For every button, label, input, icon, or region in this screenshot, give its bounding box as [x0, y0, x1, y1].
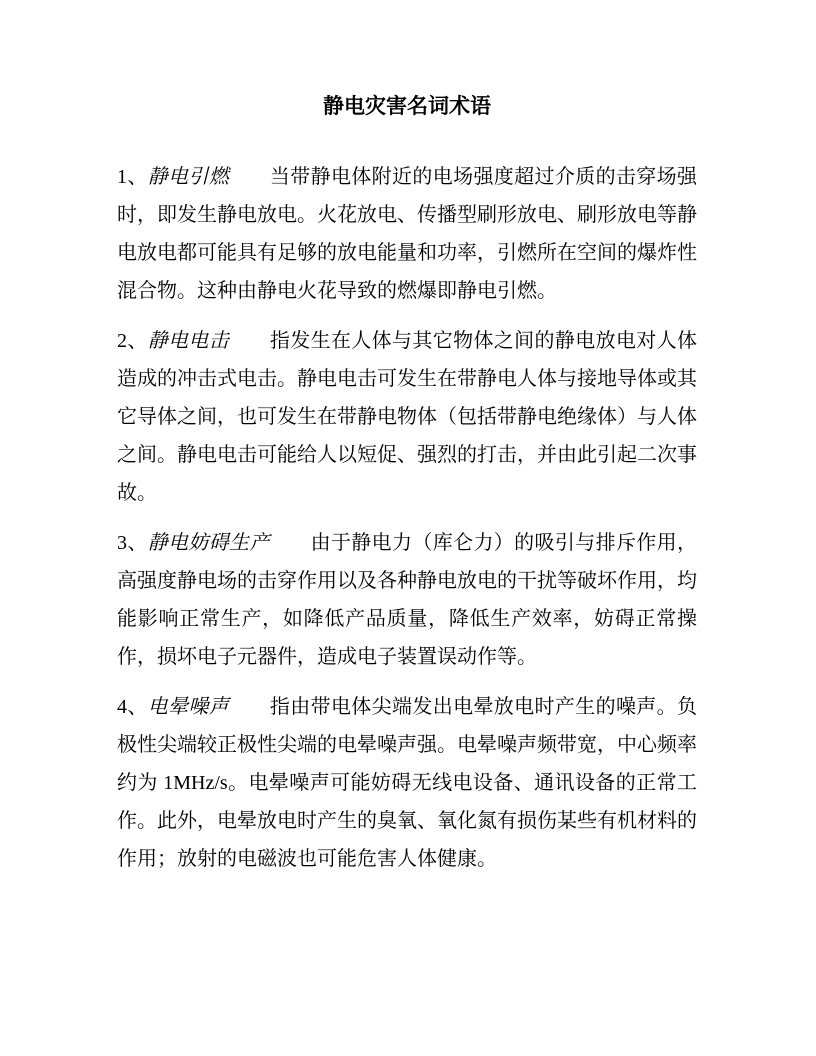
- term-number-3: 3、: [117, 532, 148, 554]
- term-separator-3: [270, 532, 311, 554]
- term-separator-2: [229, 330, 270, 352]
- term-definition-4: 指由带电体尖端发出电晕放电时产生的噪声。负极性尖端较正极性尖端的电晕噪声强。电晕…: [117, 696, 697, 870]
- term-number-4: 4、: [117, 696, 148, 718]
- document-page: 静电灾害名词术语 1、静电引燃 当带静电体附近的电场强度超过介质的击穿场强时，即…: [0, 0, 816, 1056]
- term-number-2: 2、: [117, 330, 148, 352]
- term-number-1: 1、: [117, 166, 148, 188]
- term-separator-4: [229, 696, 270, 718]
- term-name-3: 静电妨碍生产: [148, 532, 270, 554]
- term-paragraph-4: 4、电晕噪声 指由带电体尖端发出电晕放电时产生的噪声。负极性尖端较正极性尖端的电…: [117, 688, 697, 878]
- term-name-2: 静电电击: [148, 330, 229, 352]
- term-paragraph-1: 1、静电引燃 当带静电体附近的电场强度超过介质的击穿场强时，即发生静电放电。火花…: [117, 158, 697, 310]
- document-title: 静电灾害名词术语: [117, 92, 697, 120]
- term-paragraph-2: 2、静电电击 指发生在人体与其它物体之间的静电放电对人体造成的冲击式电击。静电电…: [117, 322, 697, 512]
- term-definition-2: 指发生在人体与其它物体之间的静电放电对人体造成的冲击式电击。静电电击可发生在带静…: [117, 330, 697, 504]
- term-name-4: 电晕噪声: [148, 696, 229, 718]
- term-paragraph-3: 3、静电妨碍生产 由于静电力（库仑力）的吸引与排斥作用，高强度静电场的击穿作用以…: [117, 524, 697, 676]
- term-name-1: 静电引燃: [148, 166, 229, 188]
- term-separator-1: [229, 166, 270, 188]
